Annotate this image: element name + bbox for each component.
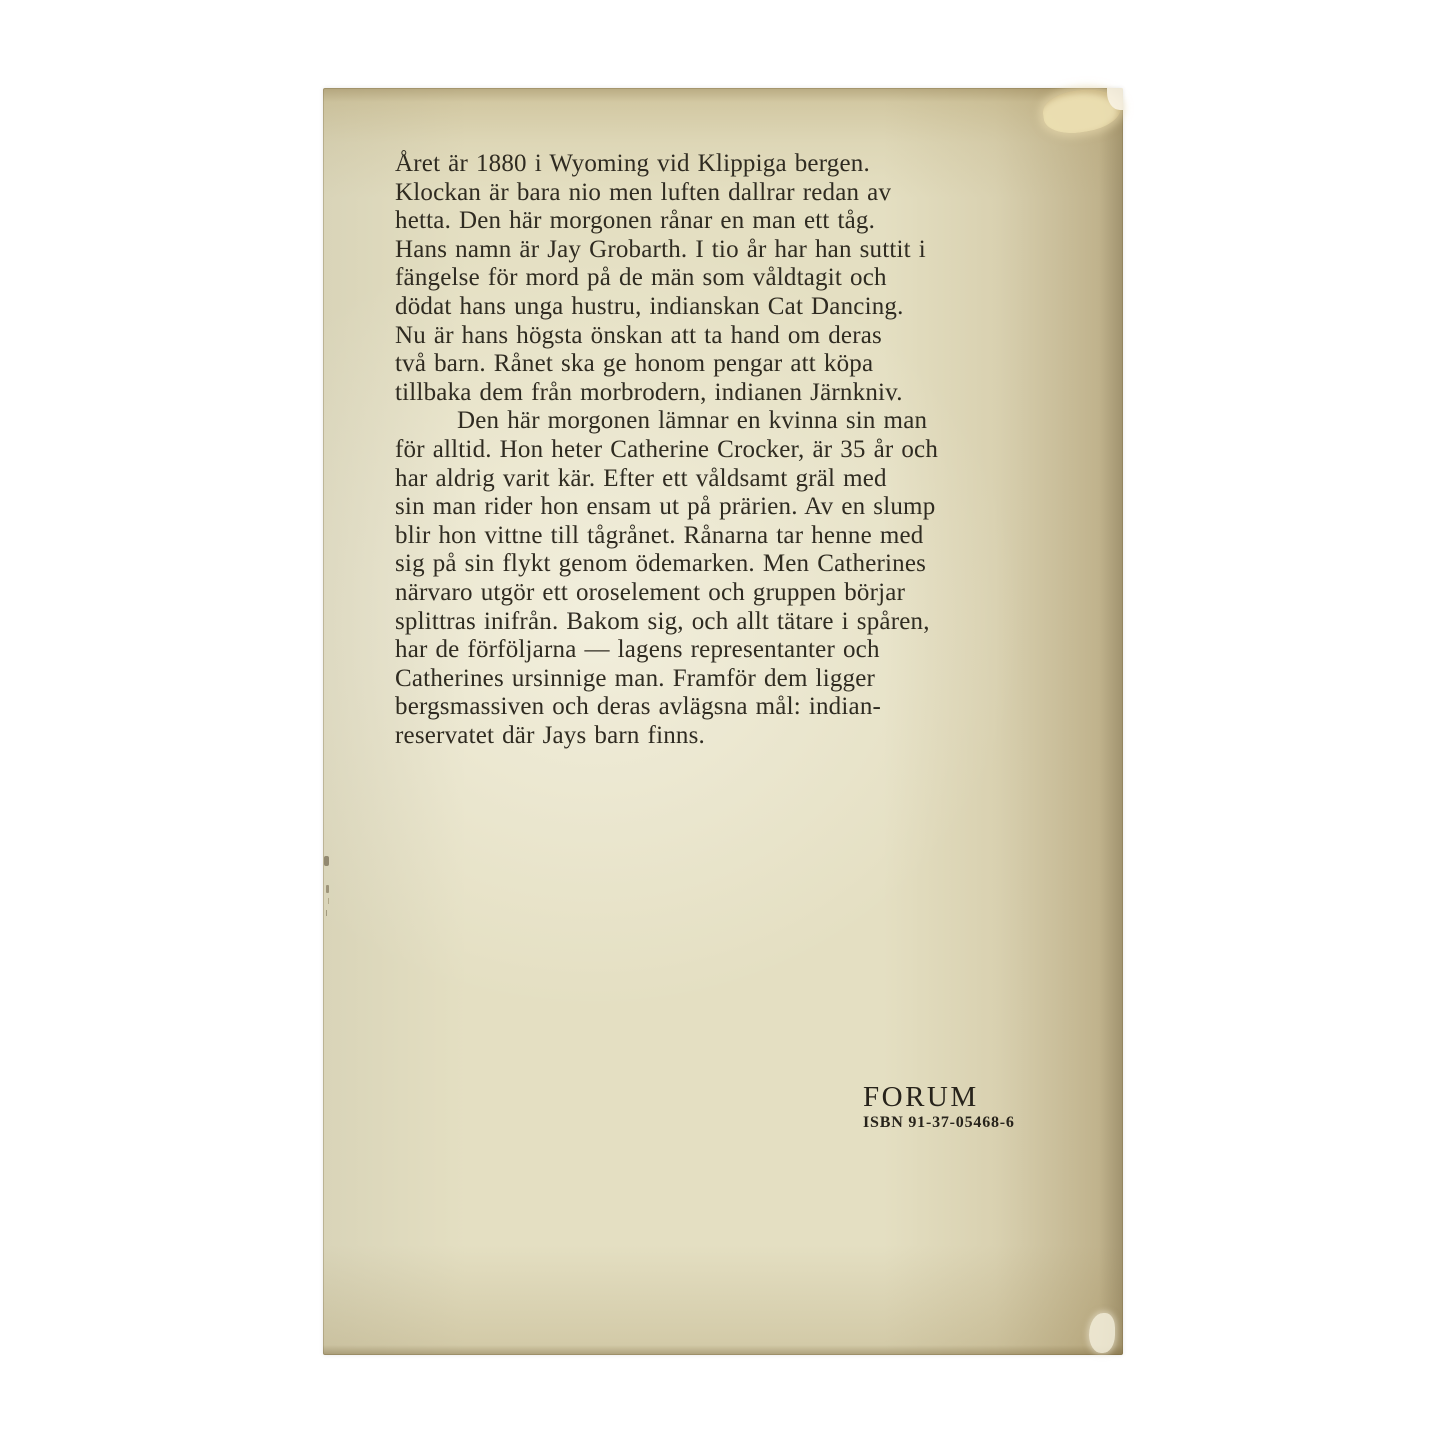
blurb-line-paragraph-start: Den här morgonen lämnar en kvinna sin ma… [395,407,1055,436]
blurb-line: hetta. Den här morgonen rånar en man ett… [395,207,1055,236]
blurb-line: reservatet där Jays barn finns. [395,722,1055,751]
blurb-line: Året är 1880 i Wyoming vid Klippiga berg… [395,150,1055,179]
blurb-line: har aldrig varit kär. Efter ett våldsamt… [395,465,1055,494]
blurb-line: Klockan är bara nio men luften dallrar r… [395,179,1055,208]
blurb-line: har de förföljarna — lagens representant… [395,636,1055,665]
photo-canvas: Året är 1880 i Wyoming vid Klippiga berg… [0,0,1445,1445]
book-back-cover: Året är 1880 i Wyoming vid Klippiga berg… [323,88,1123,1355]
isbn-text: ISBN 91-37-05468-6 [863,1113,1015,1132]
blurb-line: fängelse för mord på de män som våldtagi… [395,264,1055,293]
blurb-line: tillbaka dem från morbrodern, indianen J… [395,379,1055,408]
blurb-line: bergsmassiven och deras avlägsna mål: in… [395,693,1055,722]
blurb-line: två barn. Rånet ska ge honom pengar att … [395,350,1055,379]
blurb-line: Hans namn är Jay Grobarth. I tio år har … [395,236,1055,265]
blurb-line: sin man rider hon ensam ut på prärien. A… [395,493,1055,522]
blurb-line: blir hon vittne till tågrånet. Rånarna t… [395,522,1055,551]
blurb-line: Nu är hans högsta önskan att ta hand om … [395,322,1055,351]
blurb-line: för alltid. Hon heter Catherine Crocker,… [395,436,1055,465]
blurb-line: sig på sin flykt genom ödemarken. Men Ca… [395,550,1055,579]
edge-scuff-marks [324,856,329,866]
blurb-line: Catherines ursinnige man. Framför dem li… [395,665,1055,694]
bottom-edge-chip [1089,1313,1115,1353]
publisher-block: FORUM ISBN 91-37-05468-6 [863,1082,1015,1132]
blurb-line: närvaro utgör ett oroselement och gruppe… [395,579,1055,608]
blurb-line: splittras inifrån. Bakom sig, och allt t… [395,608,1055,637]
publisher-logo-text: FORUM [863,1082,1015,1112]
blurb-text-block: Året är 1880 i Wyoming vid Klippiga berg… [395,150,1055,750]
blurb-line: dödat hans unga hustru, indianskan Cat D… [395,293,1055,322]
